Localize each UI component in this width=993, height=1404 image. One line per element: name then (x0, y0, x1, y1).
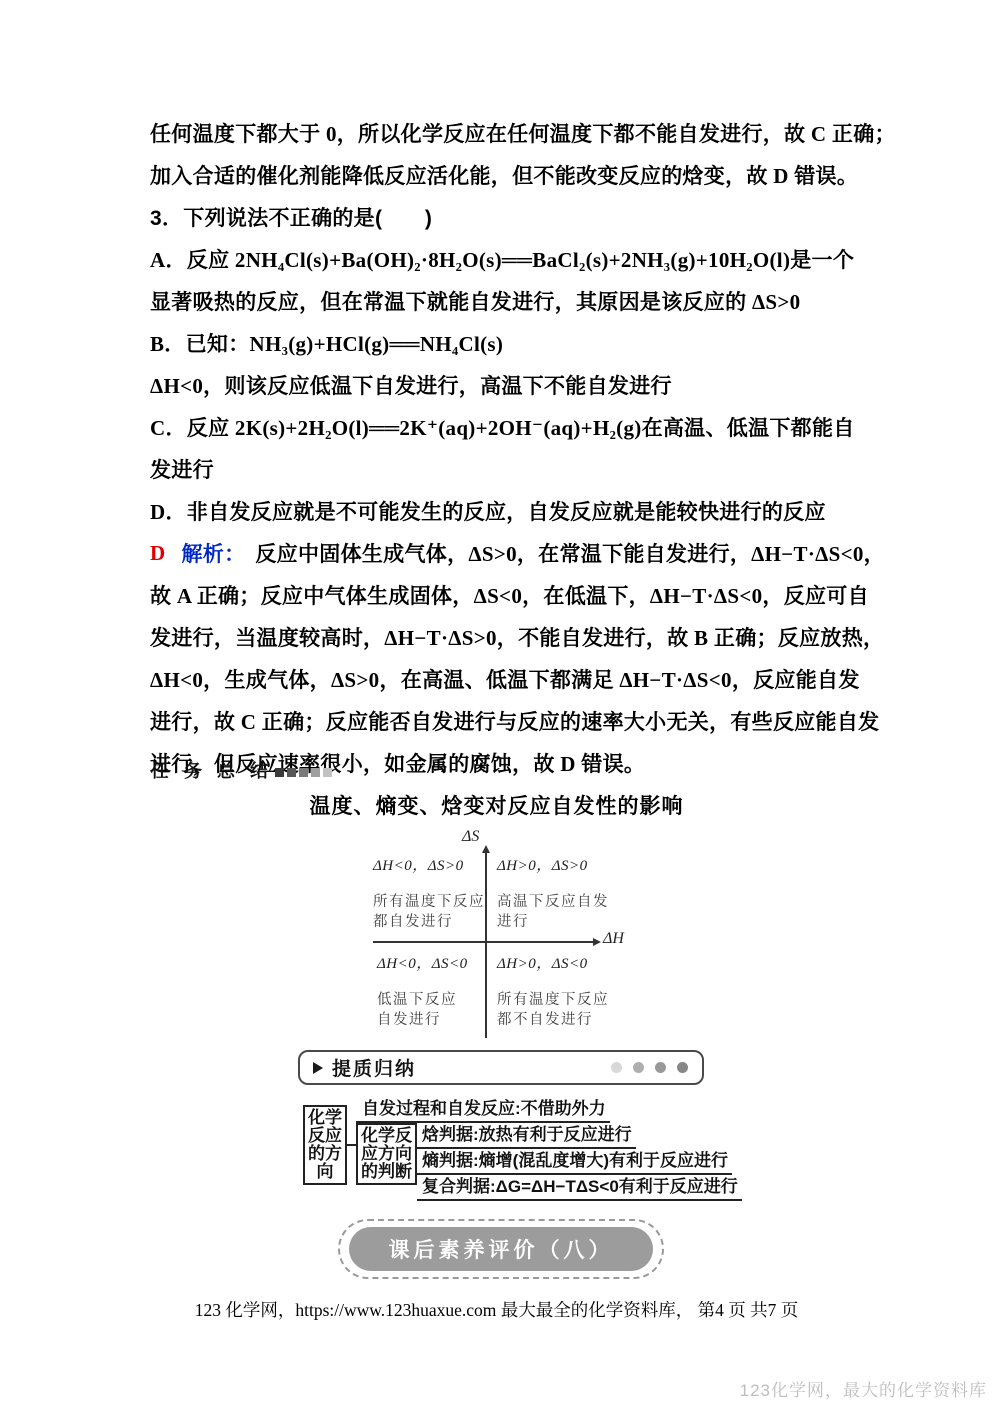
play-triangle-icon (313, 1062, 323, 1074)
dots-decoration (600, 1062, 688, 1073)
page-footer: 123 化学网，https://www.123huaxue.com 最大最全的化… (0, 1297, 993, 1322)
y-axis-label: ΔS (462, 828, 479, 846)
quadrant-desc-line: 都自发进行 (373, 912, 485, 932)
quadrant-condition: ΔH>0，ΔS<0 (497, 952, 609, 973)
watermark-text: 123化学网，最大的化学资料库 (740, 1376, 987, 1401)
analysis-text-1: 反应中固体生成气体，ΔS>0，在常温下能自发进行，ΔH−T·ΔS<0， (255, 538, 885, 568)
option-c-line-2: 发进行 (150, 448, 855, 490)
task-summary-row: 任 务 总 结 (151, 757, 335, 783)
option-b-line-2: ΔH<0，则该反应低温下自发进行，高温下不能自发进行 (150, 364, 855, 406)
option-d-line: D．非自发反应就是不可能发生的反应，自发反应就是能较快进行的反应 (150, 490, 855, 532)
quadrant-condition: ΔH<0，ΔS>0 (373, 854, 485, 875)
square-icon (287, 768, 296, 777)
answer-letter: D (150, 541, 165, 566)
main-text-block: 任何温度下都大于 0，所以化学反应在任何温度下都不能自发进行，故 C 正确； 加… (150, 112, 855, 784)
quadrant-desc-line: 自发进行 (377, 1010, 468, 1030)
diagram-title: 温度、熵变、焓变对反应自发性的影响 (0, 790, 993, 820)
flowchart-root-node: 化学反应的方向 (303, 1105, 347, 1185)
quadrant-desc-line: 高温下反应自发 (497, 892, 609, 912)
question-3-stem: 3．下列说法不正确的是( ) (150, 196, 855, 238)
analysis-line-5: 进行，故 C 正确；反应能否自发进行与反应的速率大小无关，有些反应能自发 (150, 700, 855, 742)
quadrant-desc-line: 低温下反应 (377, 990, 468, 1010)
flowchart-criterion-composite: 复合判据:ΔG=ΔH−TΔS<0有利于反应进行 (417, 1175, 742, 1201)
analysis-line-1: D 解析： 反应中固体生成气体，ΔS>0，在常温下能自发进行，ΔH−T·ΔS<0… (150, 532, 855, 574)
dot-icon (655, 1062, 666, 1073)
tizhi-guina-header: 提质归纳 (298, 1050, 704, 1085)
square-icon (311, 768, 320, 777)
y-axis-line (485, 852, 487, 1038)
square-icon (323, 768, 332, 777)
quadrant-desc-line: 所有温度下反应 (497, 990, 609, 1010)
dot-icon (611, 1062, 622, 1073)
quadrant-condition: ΔH<0，ΔS<0 (377, 952, 468, 973)
square-icon (299, 768, 308, 777)
quadrant-condition: ΔH>0，ΔS>0 (497, 854, 609, 875)
option-a-line-2: 显著吸热的反应，但在常温下就能自发进行，其原因是该反应的 ΔS>0 (150, 280, 855, 322)
quadrant-diagram: ΔS ΔH ΔH<0，ΔS>0 所有温度下反应 都自发进行 ΔH>0，ΔS>0 … (365, 828, 655, 1043)
analysis-label: 解析： (181, 538, 245, 568)
flowchart-criterion-entropy: 熵判据:熵增(混乱度增大)有利于反应进行 (417, 1149, 732, 1175)
solution2-line-1: 任何温度下都大于 0，所以化学反应在任何温度下都不能自发进行，故 C 正确； (150, 112, 855, 154)
flowchart-criterion-enthalpy: 焓判据:放热有利于反应进行 (417, 1123, 636, 1149)
x-axis-label: ΔH (603, 930, 624, 948)
flowchart-branch-top: 自发过程和自发反应:不借助外力 (356, 1098, 610, 1123)
flowchart-connector (347, 1144, 356, 1146)
quadrant-desc-line: 进行 (497, 912, 609, 932)
quadrant-bottom-right: ΔH>0，ΔS<0 所有温度下反应 都不自发进行 (497, 952, 609, 1030)
after-class-evaluation-banner: 课后素养评价（八） (349, 1227, 653, 1271)
analysis-line-2: 故 A 正确；反应中气体生成固体，ΔS<0，在低温下，ΔH−T·ΔS<0，反应可… (150, 574, 855, 616)
document-page: 任何温度下都大于 0，所以化学反应在任何温度下都不能自发进行，故 C 正确； 加… (0, 0, 993, 1404)
analysis-line-3: 发进行，当温度较高时，ΔH−T·ΔS>0，不能自发进行，故 B 正确；反应放热， (150, 616, 855, 658)
dot-icon (677, 1062, 688, 1073)
option-a-line-1: A．反应 2NH₄Cl(s)+Ba(OH)₂·8H₂O(s)══BaCl₂(s)… (150, 238, 855, 280)
summary-flowchart: 化学反应的方向 自发过程和自发反应:不借助外力 化学反应方向的判断 焓判据:放热… (303, 1098, 742, 1201)
option-c-line-1: C．反应 2K(s)+2H₂O(l)══2K⁺(aq)+2OH⁻(aq)+H₂(… (150, 406, 855, 448)
quadrant-top-left: ΔH<0，ΔS>0 所有温度下反应 都自发进行 (373, 854, 485, 932)
quadrant-top-right: ΔH>0，ΔS>0 高温下反应自发 进行 (497, 854, 609, 932)
flowchart-node-judge: 化学反应方向的判断 (356, 1123, 417, 1185)
x-axis-line (373, 941, 595, 943)
quadrant-desc-line: 所有温度下反应 (373, 892, 485, 912)
x-axis-arrow-icon (593, 938, 601, 946)
analysis-line-4: ΔH<0，生成气体，ΔS>0，在高温、低温下都满足 ΔH−T·ΔS<0，反应能自… (150, 658, 855, 700)
option-b-line-1: B．已知：NH₃(g)+HCl(g)══NH₄Cl(s) (150, 322, 855, 364)
quadrant-desc-line: 都不自发进行 (497, 1010, 609, 1030)
section-banner-outline: 课后素养评价（八） (338, 1219, 664, 1279)
task-summary-label: 任 务 总 结 (151, 757, 273, 783)
square-icon (275, 768, 284, 777)
dot-icon (633, 1062, 644, 1073)
quadrant-bottom-left: ΔH<0，ΔS<0 低温下反应 自发进行 (377, 952, 468, 1030)
tizhi-guina-label: 提质归纳 (332, 1054, 416, 1081)
task-summary-squares-icon (275, 768, 335, 777)
solution2-line-2: 加入合适的催化剂能降低反应活化能，但不能改变反应的焓变，故 D 错误。 (150, 154, 855, 196)
